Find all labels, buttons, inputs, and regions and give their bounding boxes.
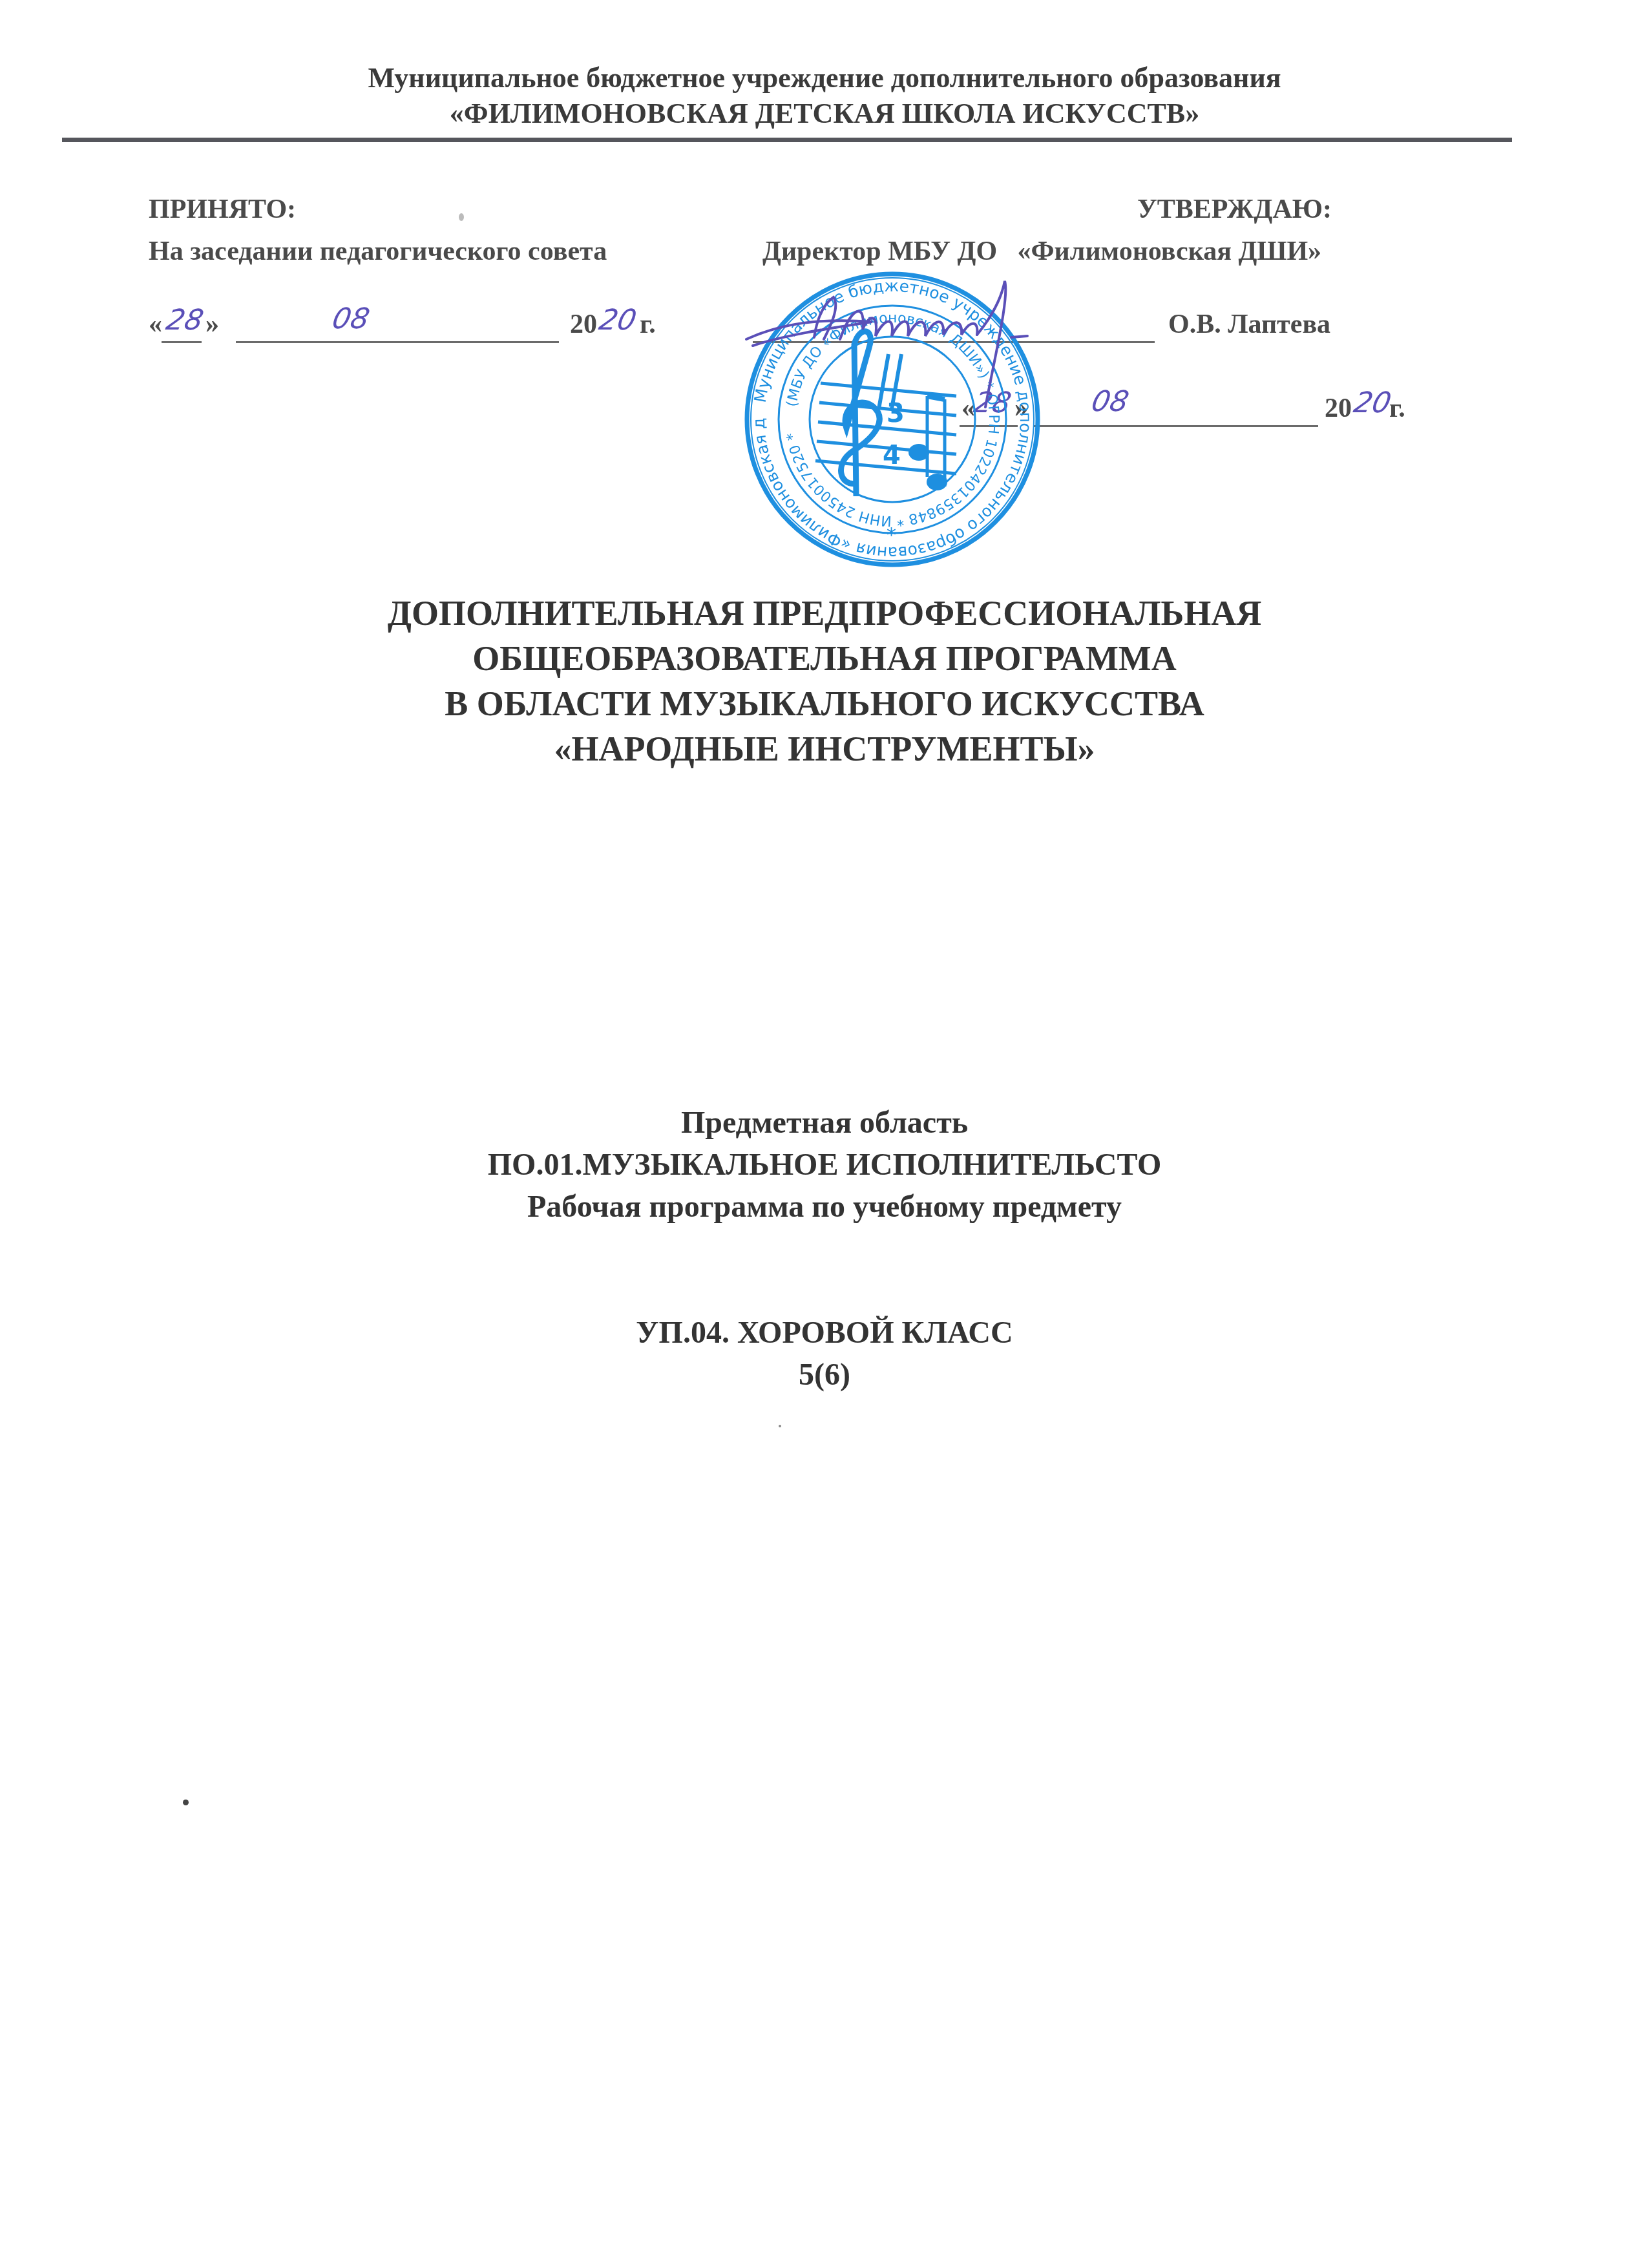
date-month-handwritten: 08: [330, 302, 373, 335]
program-title-line: ОБЩЕОБРАЗОВАТЕЛЬНАЯ ПРОГРАММА: [0, 638, 1649, 678]
program-title-line: «НАРОДНЫЕ ИНСТРУМЕНТЫ»: [0, 729, 1649, 769]
subject-area-label: Предметная область: [0, 1105, 1649, 1140]
director-description: Директор МБУ ДО «Филимоновская ДШИ»: [762, 236, 1321, 267]
accepted-heading: ПРИНЯТО:: [149, 194, 296, 225]
date-year-prefix: 20: [570, 309, 597, 340]
svg-text:4: 4: [883, 441, 901, 470]
scan-speck: [779, 1425, 781, 1427]
course-grade: 5(6): [0, 1357, 1649, 1392]
accepted-description: На заседании педагогического совета: [149, 236, 607, 267]
scan-speck: [459, 213, 464, 221]
organization-name: Муниципальное бюджетное учреждение допол…: [0, 61, 1649, 94]
program-title-line: В ОБЛАСТИ МУЗЫКАЛЬНОГО ИСКУССТВА: [0, 684, 1649, 724]
date-day-handwritten: 28: [163, 304, 207, 337]
program-title-line: ДОПОЛНИТЕЛЬНАЯ ПРЕДПРОФЕССИОНАЛЬНАЯ: [0, 593, 1649, 633]
svg-text:*: *: [887, 524, 896, 547]
course-code: УП.04. ХОРОВОЙ КЛАСС: [0, 1315, 1649, 1350]
school-name: «ФИЛИМОНОВСКАЯ ДЕТСКАЯ ШКОЛА ИСКУССТВ»: [0, 97, 1649, 130]
work-program-label: Рабочая программа по учебному предмету: [0, 1189, 1649, 1224]
day-underline: [162, 341, 202, 343]
date-year-handwritten: 20: [1351, 386, 1394, 419]
director-signature: [743, 278, 1092, 433]
date-year-prefix: 20: [1325, 393, 1352, 424]
date-year-unit: г.: [640, 309, 656, 340]
date-year-unit: г.: [1389, 393, 1405, 424]
approved-heading: УТВЕРЖДАЮ:: [1137, 194, 1332, 225]
signatory-name: О.В. Лаптева: [1168, 309, 1330, 340]
date-month-handwritten: 08: [1089, 385, 1132, 418]
subject-area-code: ПО.01.МУЗЫКАЛЬНОЕ ИСПОЛНИТЕЛЬСТО: [0, 1147, 1649, 1182]
date-open-quote: «: [149, 309, 162, 340]
date-year-handwritten: 20: [596, 304, 640, 337]
month-underline: [236, 341, 559, 343]
date-close-quote: »: [205, 309, 219, 340]
header-divider: [62, 138, 1512, 142]
scan-speck: [183, 1800, 189, 1805]
